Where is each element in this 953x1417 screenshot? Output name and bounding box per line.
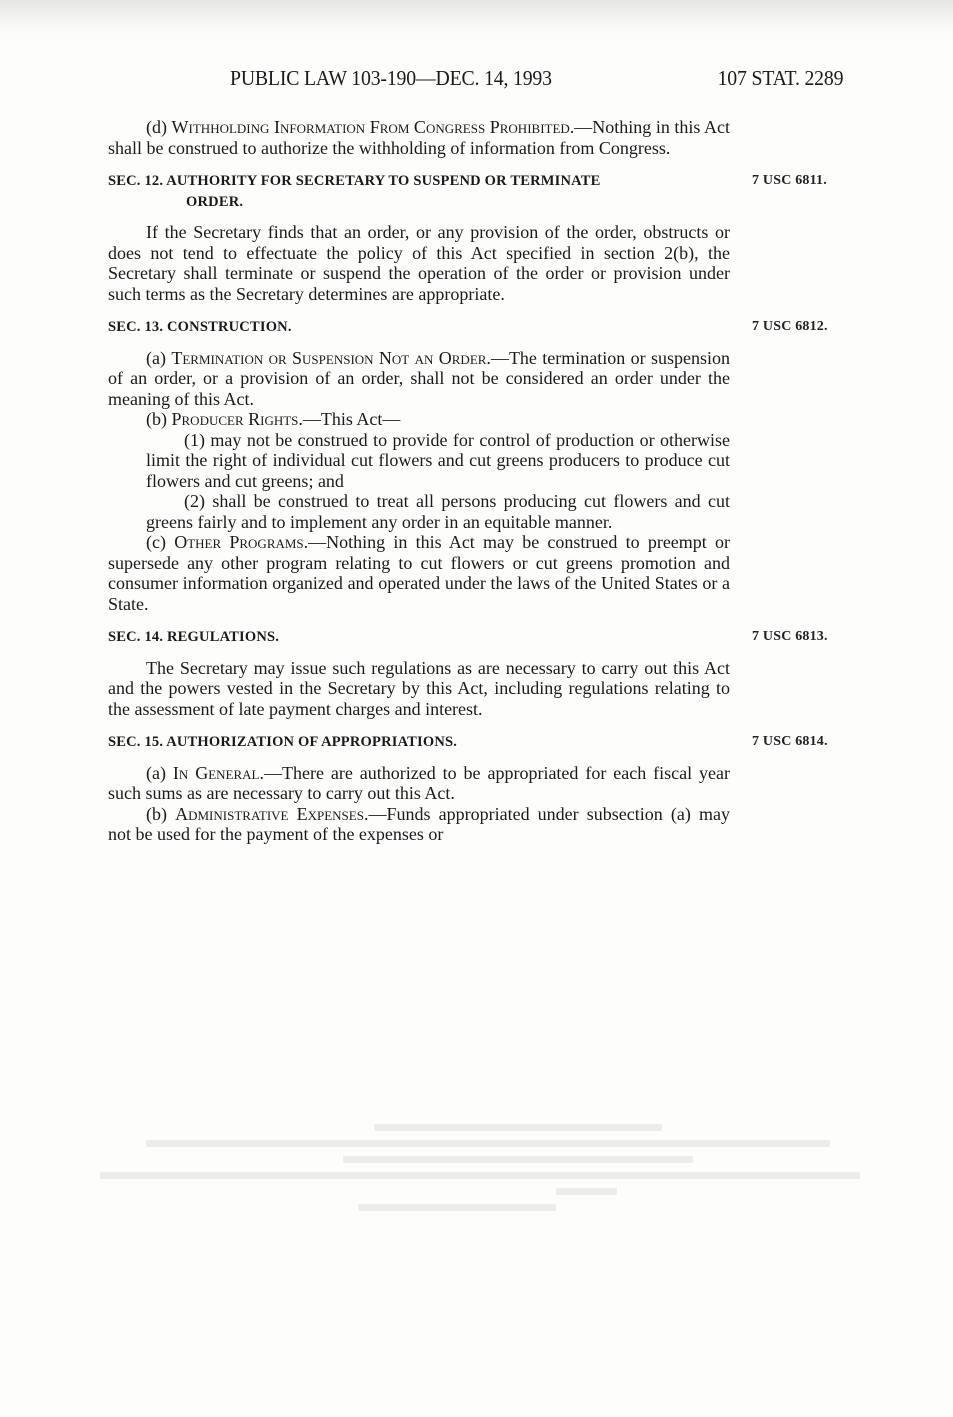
subsection-heading: Administrative Expenses. [175,804,368,824]
subsection-label: (a) [146,348,171,368]
section-12-heading: SEC. 12. AUTHORITY FOR SECRETARY TO SUSP… [108,171,730,212]
em-dash: — [308,532,326,552]
reverse-side-bleed-through [100,1115,860,1235]
subsection-text: This Act— [321,409,401,429]
section-heading-line2: ORDER. [108,192,730,213]
em-dash: — [264,763,282,783]
section-heading-line1: SEC. 12. AUTHORITY FOR SECRETARY TO SUSP… [108,173,601,189]
subsection-heading: In General. [173,763,264,783]
document-body: (d) Withholding Information From Congres… [108,117,730,845]
em-dash: — [368,804,386,824]
paragraph-1: (1) may not be construed to provide for … [108,430,730,492]
margin-note-usc: 7 USC 6812. [752,317,828,338]
em-dash: — [303,409,321,429]
scan-shadow [0,0,953,40]
subsection-label: (b) [146,409,172,429]
subsection-label: (d) [146,117,172,137]
subsection-b-administrative-expenses: (b) Administrative Expenses.—Funds appro… [108,804,730,845]
section-12-text: If the Secretary finds that an order, or… [108,222,730,304]
section-heading: SEC. 15. AUTHORIZATION OF APPROPRIATIONS… [108,734,457,750]
subsection-c-other-programs: (c) Other Programs.—Nothing in this Act … [108,532,730,614]
section-heading: SEC. 14. REGULATIONS. [108,629,279,645]
subsection-b-producer-rights: (b) Producer Rights.—This Act— [108,409,730,430]
section-13-heading: SEC. 13. CONSTRUCTION. 7 USC 6812. [108,317,730,338]
subsection-label: (c) [146,532,174,552]
section-15-heading: SEC. 15. AUTHORIZATION OF APPROPRIATIONS… [108,732,730,753]
subsection-heading: Withholding Information From Congress Pr… [172,117,575,137]
subsection-d-withholding: (d) Withholding Information From Congres… [108,117,730,158]
paragraph-2: (2) shall be construed to treat all pers… [108,491,730,532]
page-title: PUBLIC LAW 103-190—DEC. 14, 1993 [230,66,552,91]
margin-note-usc: 7 USC 6814. [752,732,828,753]
em-dash: — [574,117,592,137]
subsection-label: (b) [146,804,175,824]
subsection-heading: Producer Rights. [172,409,303,429]
statute-page-number: 107 STAT. 2289 [718,66,844,91]
subsection-heading: Termination or Suspension Not an Order. [171,348,491,368]
section-14-text: The Secretary may issue such regulations… [108,658,730,720]
section-14-heading: SEC. 14. REGULATIONS. 7 USC 6813. [108,627,730,648]
em-dash: — [491,348,509,368]
margin-note-usc: 7 USC 6811. [752,171,827,192]
page-header: PUBLIC LAW 103-190—DEC. 14, 1993 107 STA… [230,66,822,96]
subsection-label: (a) [146,763,173,783]
subsection-a-in-general: (a) In General.—There are authorized to … [108,763,730,804]
subsection-a-termination: (a) Termination or Suspension Not an Ord… [108,348,730,410]
section-heading: SEC. 13. CONSTRUCTION. [108,319,292,335]
subsection-heading: Other Programs. [174,532,308,552]
margin-note-usc: 7 USC 6813. [752,627,828,648]
